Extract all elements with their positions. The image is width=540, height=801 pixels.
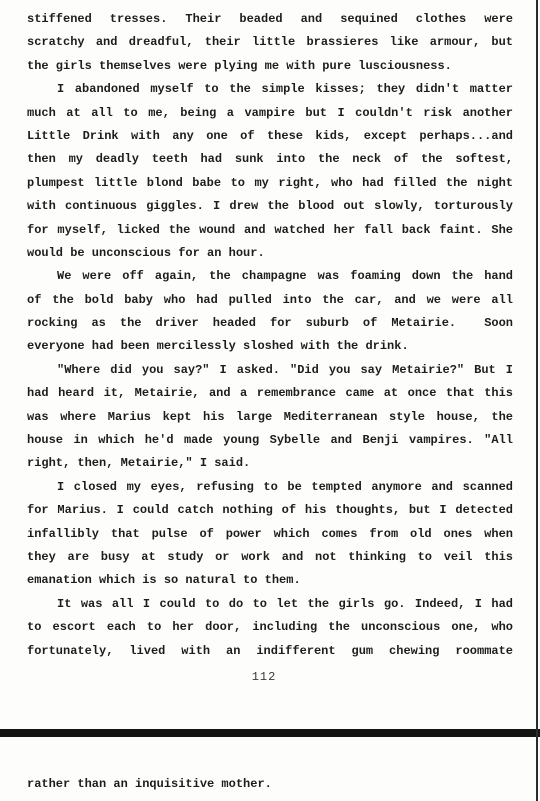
text-line: the girls themselves were plying me with… [27, 55, 513, 78]
text-line: had heard it, Metairie, and a remembranc… [27, 382, 513, 405]
text-line: for Marius. I could catch nothing of his… [27, 499, 513, 522]
text-line: Little Drink with any one of these kids,… [27, 125, 513, 148]
text-line: for myself, licked the wound and watched… [27, 219, 513, 242]
scanned-book-page: stiffened tresses. Their beaded and sequ… [0, 0, 540, 801]
text-line: they are busy at study or work and not t… [27, 546, 513, 569]
scan-edge-artifact [536, 0, 538, 801]
text-line: It was all I could to do to let the girl… [27, 593, 513, 616]
text-line: house in which he'd made young Sybelle a… [27, 429, 513, 452]
page-separator-band [0, 729, 540, 737]
text-line: then my deadly teeth had sunk into the n… [27, 148, 513, 171]
page-112-text: stiffened tresses. Their beaded and sequ… [27, 8, 513, 663]
text-line: infallibly that pulse of power which com… [27, 523, 513, 546]
text-line: stiffened tresses. Their beaded and sequ… [27, 8, 513, 31]
text-line: was where Marius kept his large Mediterr… [27, 406, 513, 429]
text-line: would be unconscious for an hour. [27, 242, 513, 265]
text-line: right, then, Metairie," I said. [27, 452, 513, 475]
next-page-text: rather than an inquisitive mother. [27, 774, 513, 794]
text-line: I closed my eyes, refusing to be tempted… [27, 476, 513, 499]
text-line: We were off again, the champagne was foa… [27, 265, 513, 288]
text-line: plumpest little blond babe to my right, … [27, 172, 513, 195]
text-line: I abandoned myself to the simple kisses;… [27, 78, 513, 101]
text-line: fortunately, lived with an indifferent g… [27, 640, 513, 663]
text-line: rather than an inquisitive mother. [27, 774, 513, 794]
text-line: emanation which is so natural to them. [27, 569, 513, 592]
text-line: "Where did you say?" I asked. "Did you s… [27, 359, 513, 382]
text-line: scratchy and dreadful, their little bras… [27, 31, 513, 54]
text-line: rocking as the driver headed for suburb … [27, 312, 513, 335]
text-line: with continuous giggles. I drew the bloo… [27, 195, 513, 218]
page-number: 112 [0, 670, 528, 684]
text-line: everyone had been mercilessly sloshed wi… [27, 335, 513, 358]
text-line: much at all to me, being a vampire but I… [27, 102, 513, 125]
text-line: to escort each to her door, including th… [27, 616, 513, 639]
text-line: of the bold baby who had pulled into the… [27, 289, 513, 312]
